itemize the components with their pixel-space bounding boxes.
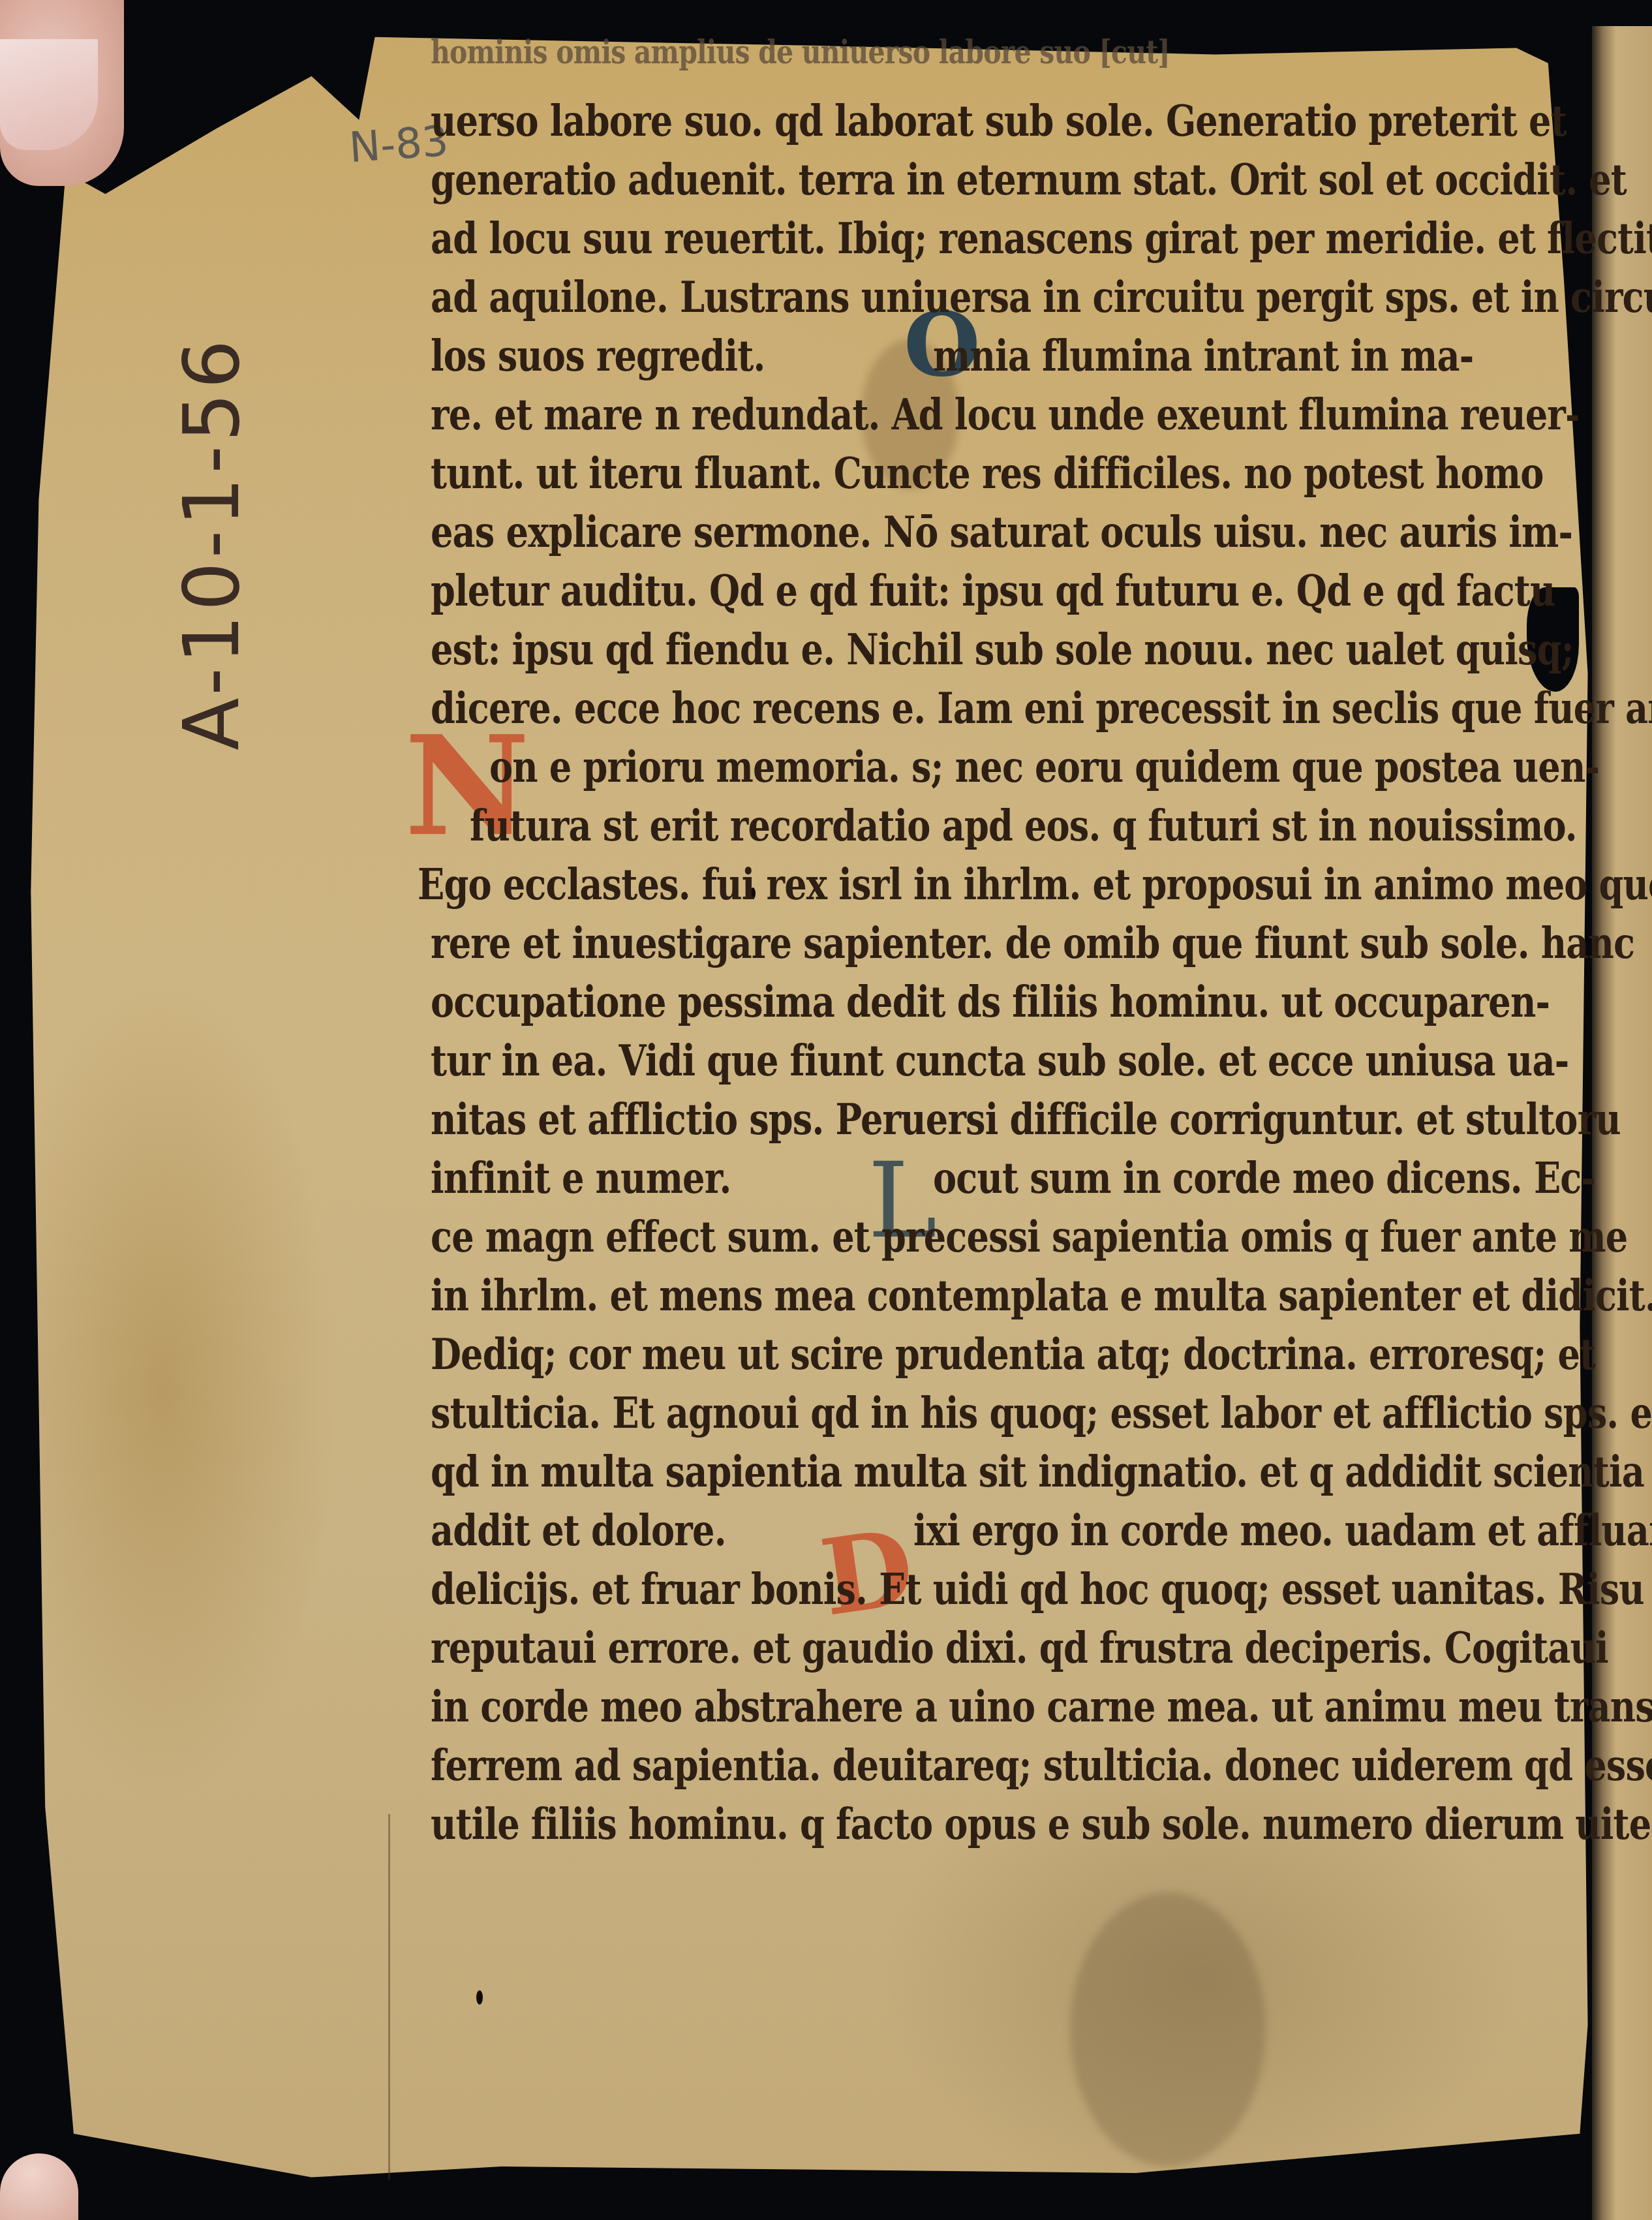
text-line: re. et mare n redundat. Ad locu unde exe…: [431, 388, 1580, 440]
text-line: qd in multa sapientia multa sit indignat…: [431, 1445, 1644, 1498]
text-line: ad locu suu reuertit. Ibiq; renascens gi…: [431, 212, 1652, 264]
text-line: rere et inuestigare sapienter. de omib q…: [431, 917, 1634, 969]
text-line: delicijs. et fruar bonis. Et uidi qd hoc…: [431, 1563, 1644, 1615]
text-line: tunt. ut iteru fluant. Cuncte res diffic…: [431, 447, 1544, 499]
text-line: addit et dolore.: [431, 1504, 726, 1556]
text-line: reputaui errore. et gaudio dixi. qd frus…: [431, 1622, 1608, 1674]
text-line: hominis omis amplius de uniuerso labore …: [431, 26, 1170, 78]
tear-top-left: [313, 20, 339, 65]
text-line: los suos regredit.: [431, 330, 765, 382]
text-line: in ihrlm. et mens mea contemplata e mult…: [431, 1269, 1652, 1321]
text-line: nitas et afflictio sps. Peruersi diffici…: [431, 1093, 1621, 1145]
text-line: utile filiis hominu. q facto opus e sub …: [431, 1798, 1652, 1850]
text-line: futura st erit recordatio apd eos. q fut…: [470, 799, 1577, 852]
water-stain: [1070, 1892, 1266, 2166]
pinhole: [476, 1990, 483, 2005]
text-line: dicere. ecce hoc recens e. Iam eni prece…: [431, 682, 1652, 734]
text-line: in corde meo abstrahere a uino carne mea…: [431, 1680, 1652, 1733]
text-line: generatio aduenit. terra in eternum stat…: [431, 153, 1627, 206]
text-line: Dediq; cor meu ut scire prudentia atq; d…: [431, 1328, 1595, 1380]
text-line: on e prioru memoria. s; nec eoru quidem …: [489, 741, 1599, 793]
text-line: ferrem ad sapientia. deuitareq; stultici…: [431, 1739, 1652, 1791]
text-line: est: ipsu qd fiendu e. Nichil sub sole n…: [431, 623, 1574, 675]
ink-shelfmark-margin: A-10-1-56: [166, 336, 256, 750]
text-line: pletur auditu. Qd e qd fuit: ipsu qd fut…: [431, 564, 1555, 617]
fold-crease: [388, 1814, 390, 2180]
text-line: ad aquilone. Lustrans uniuersa in circui…: [431, 271, 1652, 323]
text-line: occupatione pessima dedit ds filiis homi…: [431, 976, 1550, 1028]
text-line-after-O: mnia flumina intrant in ma-: [933, 330, 1473, 382]
text-line-after-L: ocut sum in corde meo dicens. Ec-: [933, 1152, 1595, 1204]
text-line: stulticia. Et agnoui qd in his quoq; ess…: [431, 1387, 1652, 1439]
holding-thumb-bottom: [0, 2153, 78, 2220]
text-line: eas explicare sermone. Nō saturat oculs …: [431, 506, 1572, 558]
text-line: Ego ecclastes. fui rex isrl in ihrlm. et…: [418, 858, 1652, 910]
text-line-after-D: ixi ergo in corde meo. uadam et affluam: [913, 1504, 1652, 1556]
text-line: uerso labore suo. qd laborat sub sole. G…: [431, 95, 1567, 147]
text-line: infinit e numer.: [431, 1152, 731, 1204]
thumbnail: [0, 39, 98, 150]
text-line: ce magn effect sum. et precessi sapienti…: [431, 1210, 1627, 1263]
holding-thumb-top: [0, 0, 124, 186]
text-line: tur in ea. Vidi que fiunt cuncta sub sol…: [431, 1034, 1568, 1087]
